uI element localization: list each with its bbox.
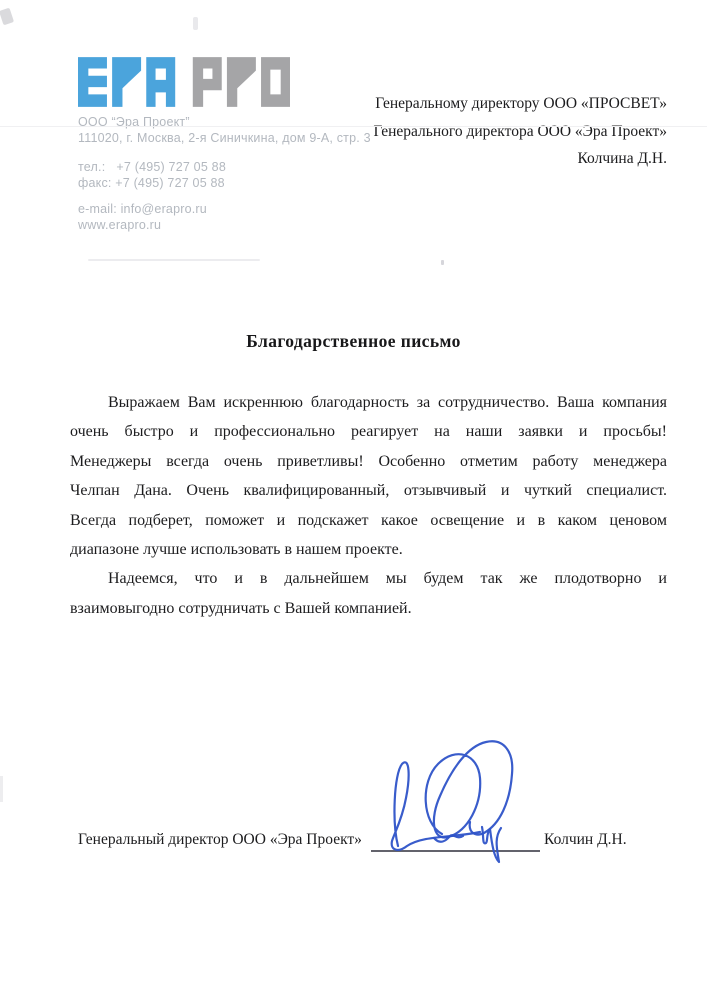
recipient-line: Колчина Д.Н. (373, 145, 667, 173)
company-name: ООО “Эра Проект” (78, 115, 190, 129)
company-fax: факс: +7 (495) 727 05 88 (78, 176, 225, 190)
logo-letter-o (261, 57, 290, 107)
body-line: Надеемся, что и в дальнейшем мы будем та… (70, 564, 667, 593)
logo-letter-r2 (227, 57, 256, 107)
handwritten-signature-icon (382, 726, 542, 874)
letter-title: Благодарственное письмо (0, 331, 707, 352)
paragraph: Надеемся, что и в дальнейшем мы будем та… (70, 564, 667, 623)
company-website: www.erapro.ru (78, 218, 161, 232)
body-line: диапазоне лучше использовать в нашем про… (70, 535, 667, 564)
body-line: Челпан Дана. Очень квалифицированный, от… (70, 476, 667, 505)
erapro-logo-icon (78, 57, 290, 107)
logo-word-pro (193, 57, 290, 107)
recipient-block: Генеральному директору ООО «ПРОСВЕТ» Ген… (373, 90, 667, 173)
logo-word-era (78, 57, 175, 107)
logo-letter-p (193, 57, 222, 107)
scan-smudge (0, 8, 14, 26)
body-line: Выражаем Вам искреннюю благодарность за … (70, 388, 667, 417)
scan-smudge (88, 259, 260, 261)
logo-text-pro: pro (0, 0, 1, 1)
scan-smudge (0, 776, 3, 802)
logo-letter-e (78, 57, 107, 107)
body-line: взаимовыгодно сотрудничать с Вашей компа… (70, 594, 667, 623)
signature-strokes (392, 741, 513, 862)
company-email: e-mail: info@erapro.ru (78, 202, 207, 216)
scan-smudge (193, 17, 198, 30)
recipient-line: Генеральному директору ООО «ПРОСВЕТ» (373, 90, 667, 118)
company-address: 111020, г. Москва, 2-я Синичкина, дом 9-… (78, 131, 371, 145)
logo-letter-a (146, 57, 175, 107)
scan-speck (441, 260, 444, 265)
body-line: очень быстро и профессионально реагирует… (70, 417, 667, 446)
paragraph: Выражаем Вам искреннюю благодарность за … (70, 388, 667, 564)
logo-letter-r (112, 57, 141, 107)
company-phone: тел.: +7 (495) 727 05 88 (78, 160, 226, 174)
signatory-position: Генеральный директор ООО «Эра Проект» (78, 831, 362, 849)
letter-body: Выражаем Вам искреннюю благодарность за … (70, 388, 667, 623)
letter-page: era pro ООО “Эра Проект” 111020, г. Моск… (0, 0, 707, 1000)
signatory-name: Колчин Д.Н. (544, 831, 627, 849)
recipient-line: Генерального директора ООО «Эра Проект» (373, 118, 667, 146)
logo-text-era: era (0, 0, 1, 1)
body-line: Всегда подберет, поможет и подскажет как… (70, 506, 667, 535)
body-line: Менеджеры всегда очень приветливы! Особе… (70, 447, 667, 476)
